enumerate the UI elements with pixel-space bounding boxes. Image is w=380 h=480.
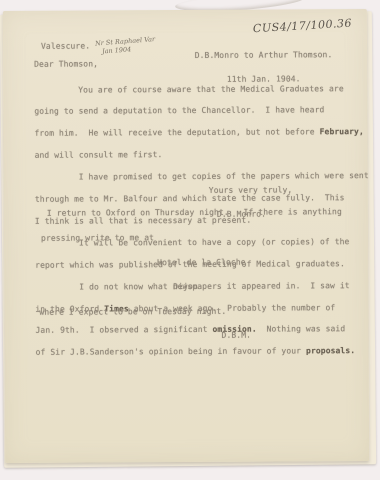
letter-line: going to send a deputation to the Chance… (34, 107, 366, 116)
place-line: Valescure. (41, 41, 90, 50)
postscript-initials: D.B.M. (36, 331, 368, 341)
postscript-line: where I expect to be on Tuesday night. (35, 307, 367, 317)
letter-postscript: I return to Oxford on Thursday night. If… (35, 192, 368, 358)
postscript-city: Dijon (35, 282, 367, 292)
letter-paper: CUS4/17/100.36 D.B.Monro to Arthur Thoms… (3, 9, 369, 463)
letter-line: I have promised to get copies of the pap… (35, 172, 367, 181)
salutation: Dear Thomson, (34, 59, 98, 68)
scanned-letter-page: CUS4/17/100.36 D.B.Monro to Arthur Thoms… (0, 0, 380, 480)
postscript-line: I return to Oxford on Thursday night. If… (35, 208, 367, 218)
letter-line-text: from him. He will receive the deputation… (34, 128, 319, 138)
handwritten-date-annotation: Jan 1904 (102, 45, 132, 55)
letter-line: and will consult me first. (35, 150, 367, 159)
letter-line: You are of course aware that the Medical… (34, 85, 366, 94)
postscript-line: pressing write to me at (35, 233, 367, 243)
heading-title: D.B.Monro to Arthur Thomson. (186, 51, 341, 60)
emphasized-word: February, (320, 127, 364, 136)
postscript-hotel: Hotel de la Cloche (35, 258, 367, 268)
archive-shelfmark: CUS4/17/100.36 (253, 17, 353, 36)
letter-line: from him. He will receive the deputation… (34, 128, 366, 137)
